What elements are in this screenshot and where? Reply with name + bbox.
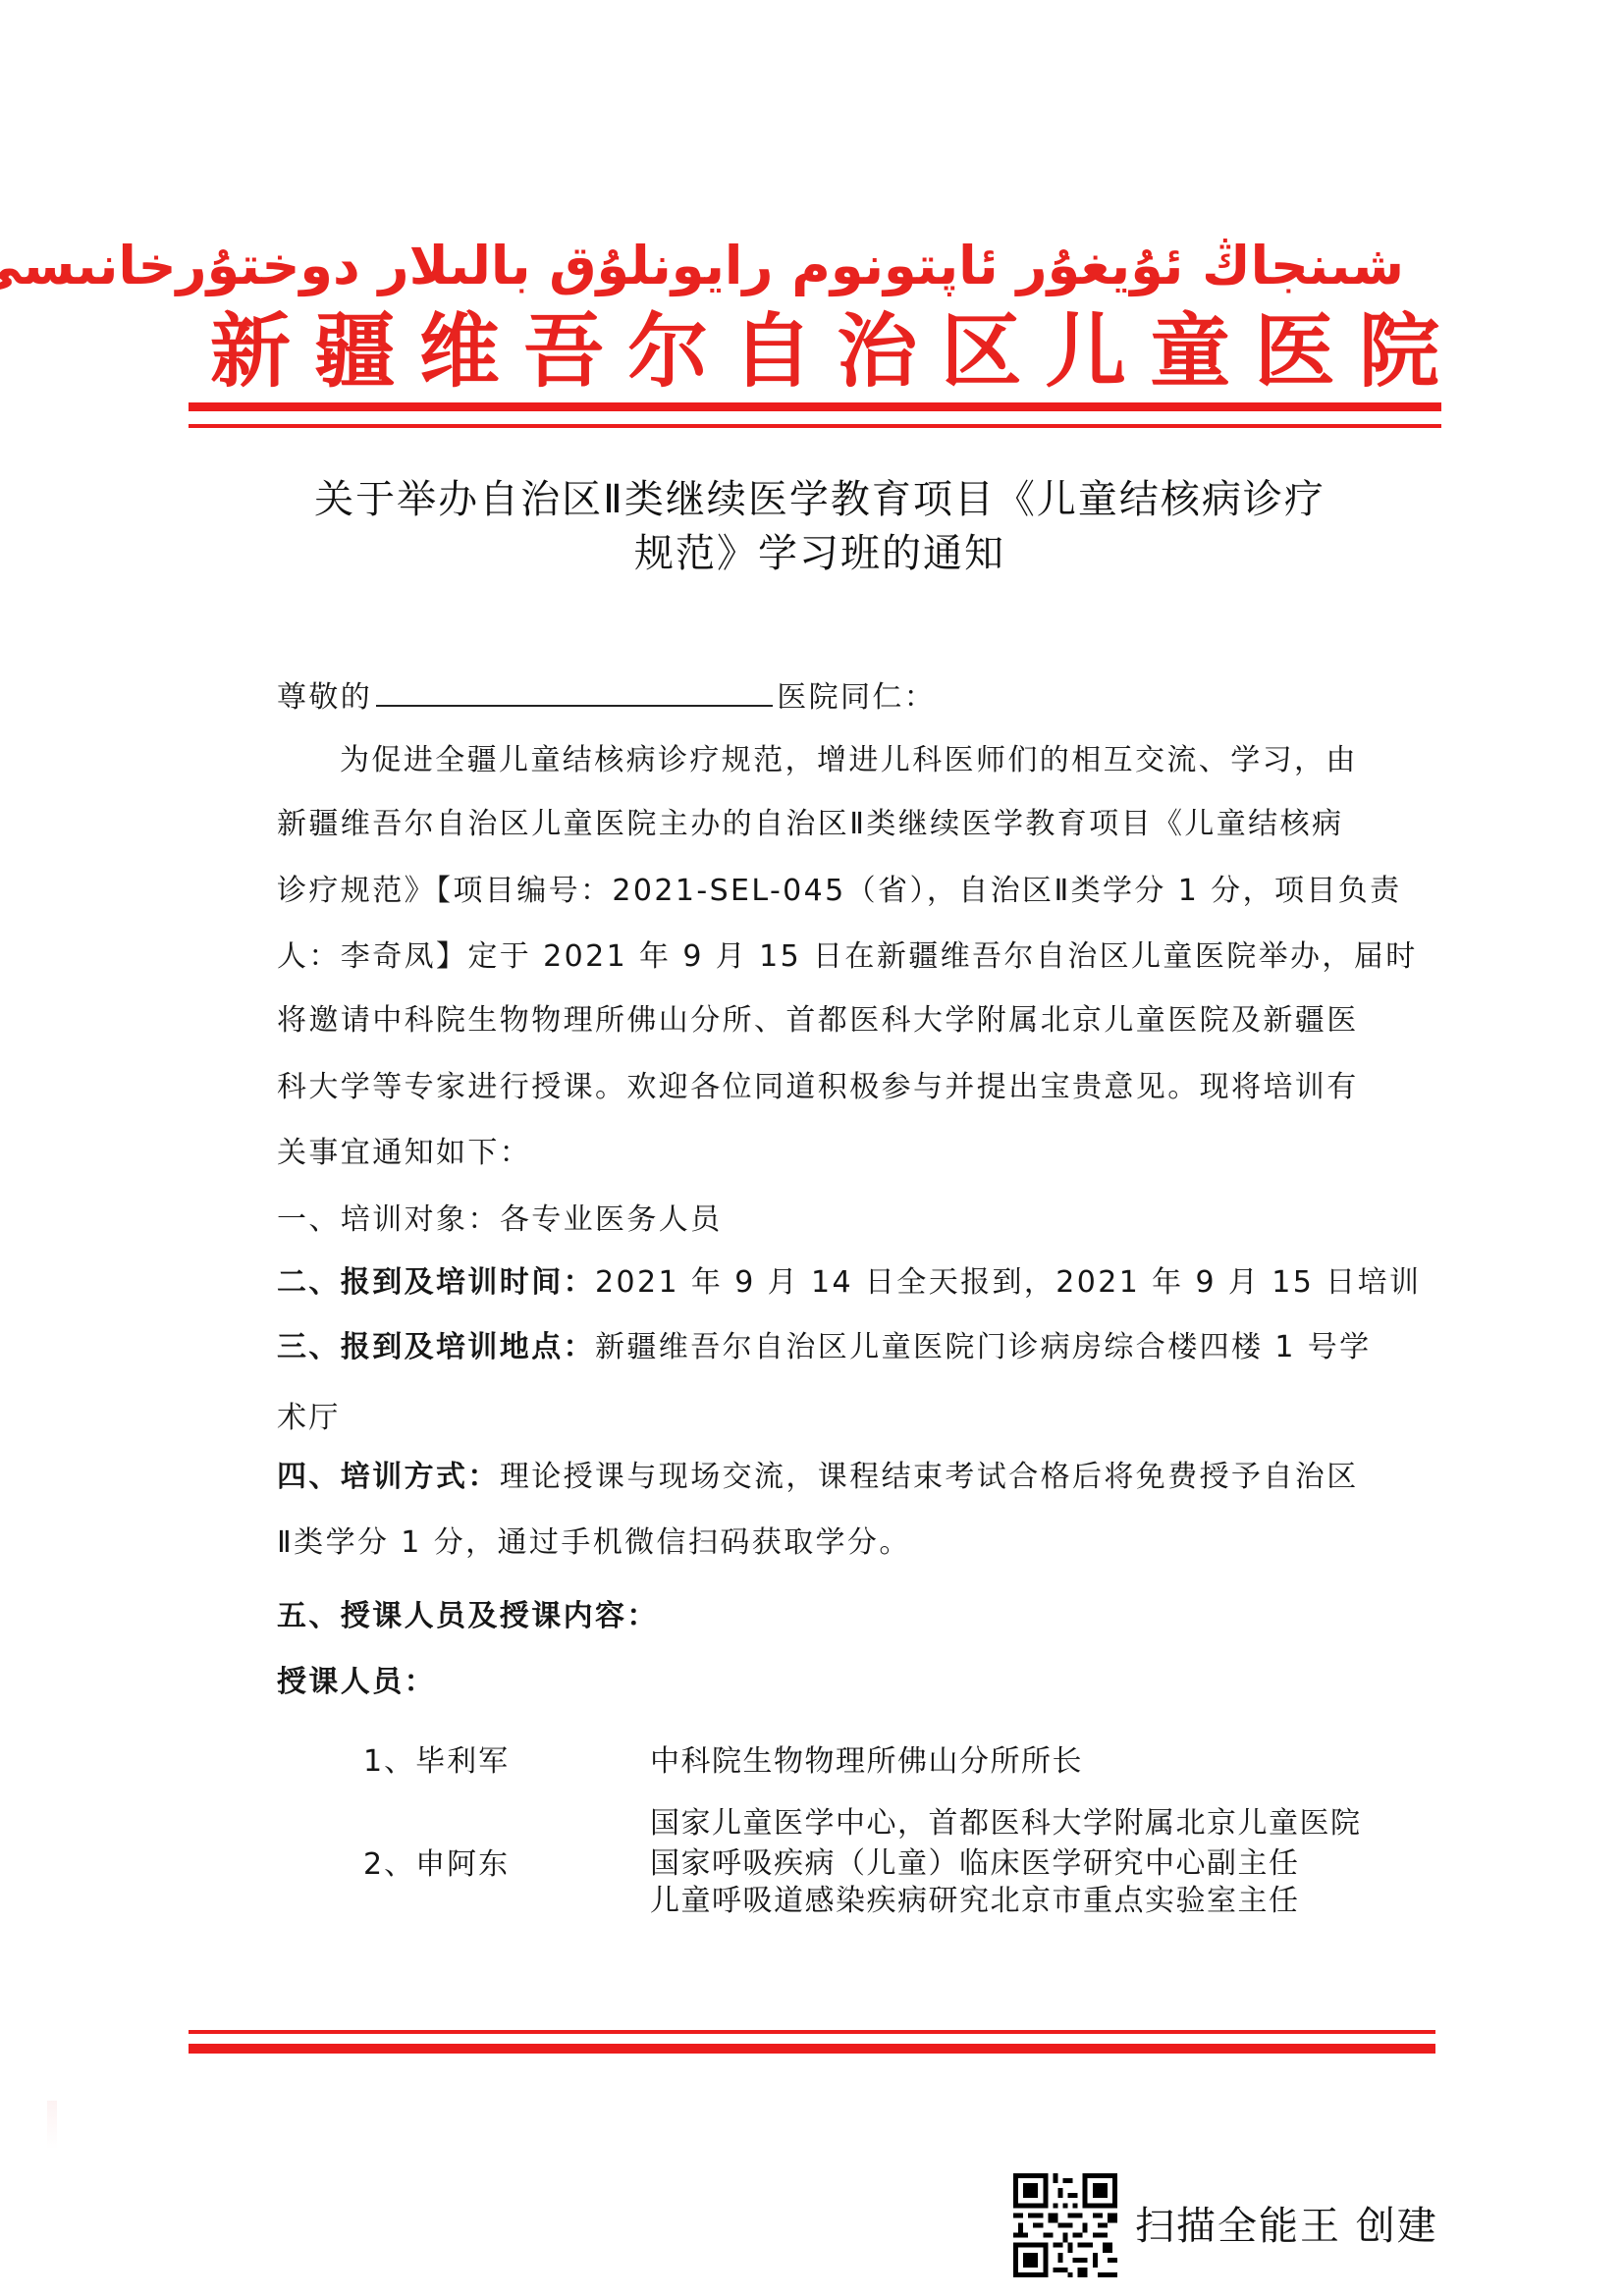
- letterhead-char: 吾: [521, 306, 606, 397]
- item-training-location: 三、报到及培训地点：新疆维吾尔自治区儿童医院门诊病房综合楼四楼 1 号学: [277, 1328, 1372, 1367]
- intro-line: 诊疗规范》【项目编号：2021-SEL-045（省），自治区Ⅱ类学分 1 分，项…: [277, 872, 1402, 911]
- intro-line: 新疆维吾尔自治区儿童医院主办的自治区Ⅱ类继续医学教育项目《儿童结核病: [277, 805, 1343, 844]
- intro-line: 人：李奇凤】定于 2021 年 9 月 15 日在新疆维吾尔自治区儿童医院举办，…: [277, 937, 1418, 977]
- item-label: 三、报到及培训地点：: [277, 1330, 595, 1364]
- lecturer-title: 国家呼吸疾病（儿童）临床医学研究中心副主任: [650, 1844, 1300, 1884]
- item-label: 二、报到及培训时间：: [277, 1265, 595, 1300]
- letterhead-char: 尔: [625, 306, 710, 397]
- salutation: 尊敬的医院同仁：: [277, 677, 936, 718]
- letterhead-char: 区: [940, 306, 1024, 397]
- letterhead-char: 维: [417, 306, 502, 397]
- camscanner-watermark-text: 扫描全能王 创建: [1135, 2203, 1438, 2250]
- item-text: 新疆维吾尔自治区儿童医院门诊病房综合楼四楼 1 号学: [595, 1330, 1372, 1364]
- item-text: 2021 年 9 月 14 日全天报到，2021 年 9 月 15 日培训: [595, 1265, 1421, 1300]
- item-training-location-cont: 术厅: [277, 1399, 341, 1438]
- letterhead-char: 童: [1148, 306, 1232, 397]
- lecturer-name: 2、申阿东: [363, 1845, 510, 1885]
- item-label: 四、培训方式：: [277, 1460, 500, 1494]
- lecturers-heading: 授课人员：: [277, 1663, 436, 1702]
- letterhead-chinese-name: 新 疆 维 吾 尔 自 治 区 儿 童 医 院: [208, 306, 1441, 397]
- lecturer-title: 儿童呼吸道感染疾病研究北京市重点实验室主任: [650, 1882, 1300, 1921]
- letterhead-rule-thick: [189, 402, 1441, 411]
- footer-rule-thick: [189, 2044, 1435, 2054]
- scan-artifact: [47, 2101, 57, 2150]
- lecturer-name: 1、毕利军: [363, 1742, 510, 1782]
- letterhead-char: 疆: [312, 306, 397, 397]
- salutation-prefix: 尊敬的: [277, 680, 372, 715]
- document-title-line-1: 关于举办自治区Ⅱ类继续医学教育项目《儿童结核病诊疗: [265, 473, 1375, 526]
- intro-line: 将邀请中科院生物物理所佛山分所、首都医科大学附属北京儿童医院及新疆医: [277, 1001, 1359, 1041]
- letterhead-char: 治: [835, 306, 919, 397]
- item-training-time: 二、报到及培训时间：2021 年 9 月 14 日全天报到，2021 年 9 月…: [277, 1263, 1421, 1303]
- letterhead-uyghur-name: شىنجاڭ ئۇيغۇر ئاپتونوم رايونلۇق بالىلار …: [245, 232, 1404, 300]
- qr-code-icon: [1013, 2173, 1117, 2277]
- lecturer-title: 国家儿童医学中心，首都医科大学附属北京儿童医院: [650, 1804, 1362, 1843]
- intro-line: 为促进全疆儿童结核病诊疗规范，增进儿科医师们的相互交流、学习，由: [340, 741, 1358, 780]
- item-lecturers-content: 五、授课人员及授课内容：: [277, 1597, 659, 1636]
- lecturer-title: 中科院生物物理所佛山分所所长: [650, 1742, 1083, 1782]
- salutation-suffix: 医院同仁：: [777, 680, 936, 715]
- letterhead-char: 新: [208, 306, 293, 397]
- recipient-blank-line: [376, 677, 773, 707]
- footer-rule-thin: [189, 2030, 1435, 2034]
- item-text: 各专业医务人员: [500, 1202, 723, 1237]
- letterhead-rule-thin: [189, 424, 1441, 428]
- letterhead-char: 医: [1253, 306, 1337, 397]
- item-text: 理论授课与现场交流，课程结束考试合格后将免费授予自治区: [500, 1460, 1359, 1494]
- item-training-method-cont: Ⅱ类学分 1 分，通过手机微信扫码获取学分。: [277, 1523, 911, 1563]
- item-training-audience: 一、培训对象：各专业医务人员: [277, 1201, 723, 1240]
- letterhead-char: 儿: [1044, 306, 1128, 397]
- letterhead-char: 院: [1357, 306, 1441, 397]
- item-label: 一、培训对象：: [277, 1202, 500, 1237]
- item-training-method: 四、培训方式：理论授课与现场交流，课程结束考试合格后将免费授予自治区: [277, 1458, 1359, 1497]
- intro-line: 科大学等专家进行授课。欢迎各位同道积极参与并提出宝贵意见。现将培训有: [277, 1068, 1359, 1107]
- letterhead-char: 自: [730, 306, 815, 397]
- document-title-line-2: 规范》学习班的通知: [265, 527, 1375, 580]
- intro-line: 关事宜通知如下：: [277, 1134, 531, 1173]
